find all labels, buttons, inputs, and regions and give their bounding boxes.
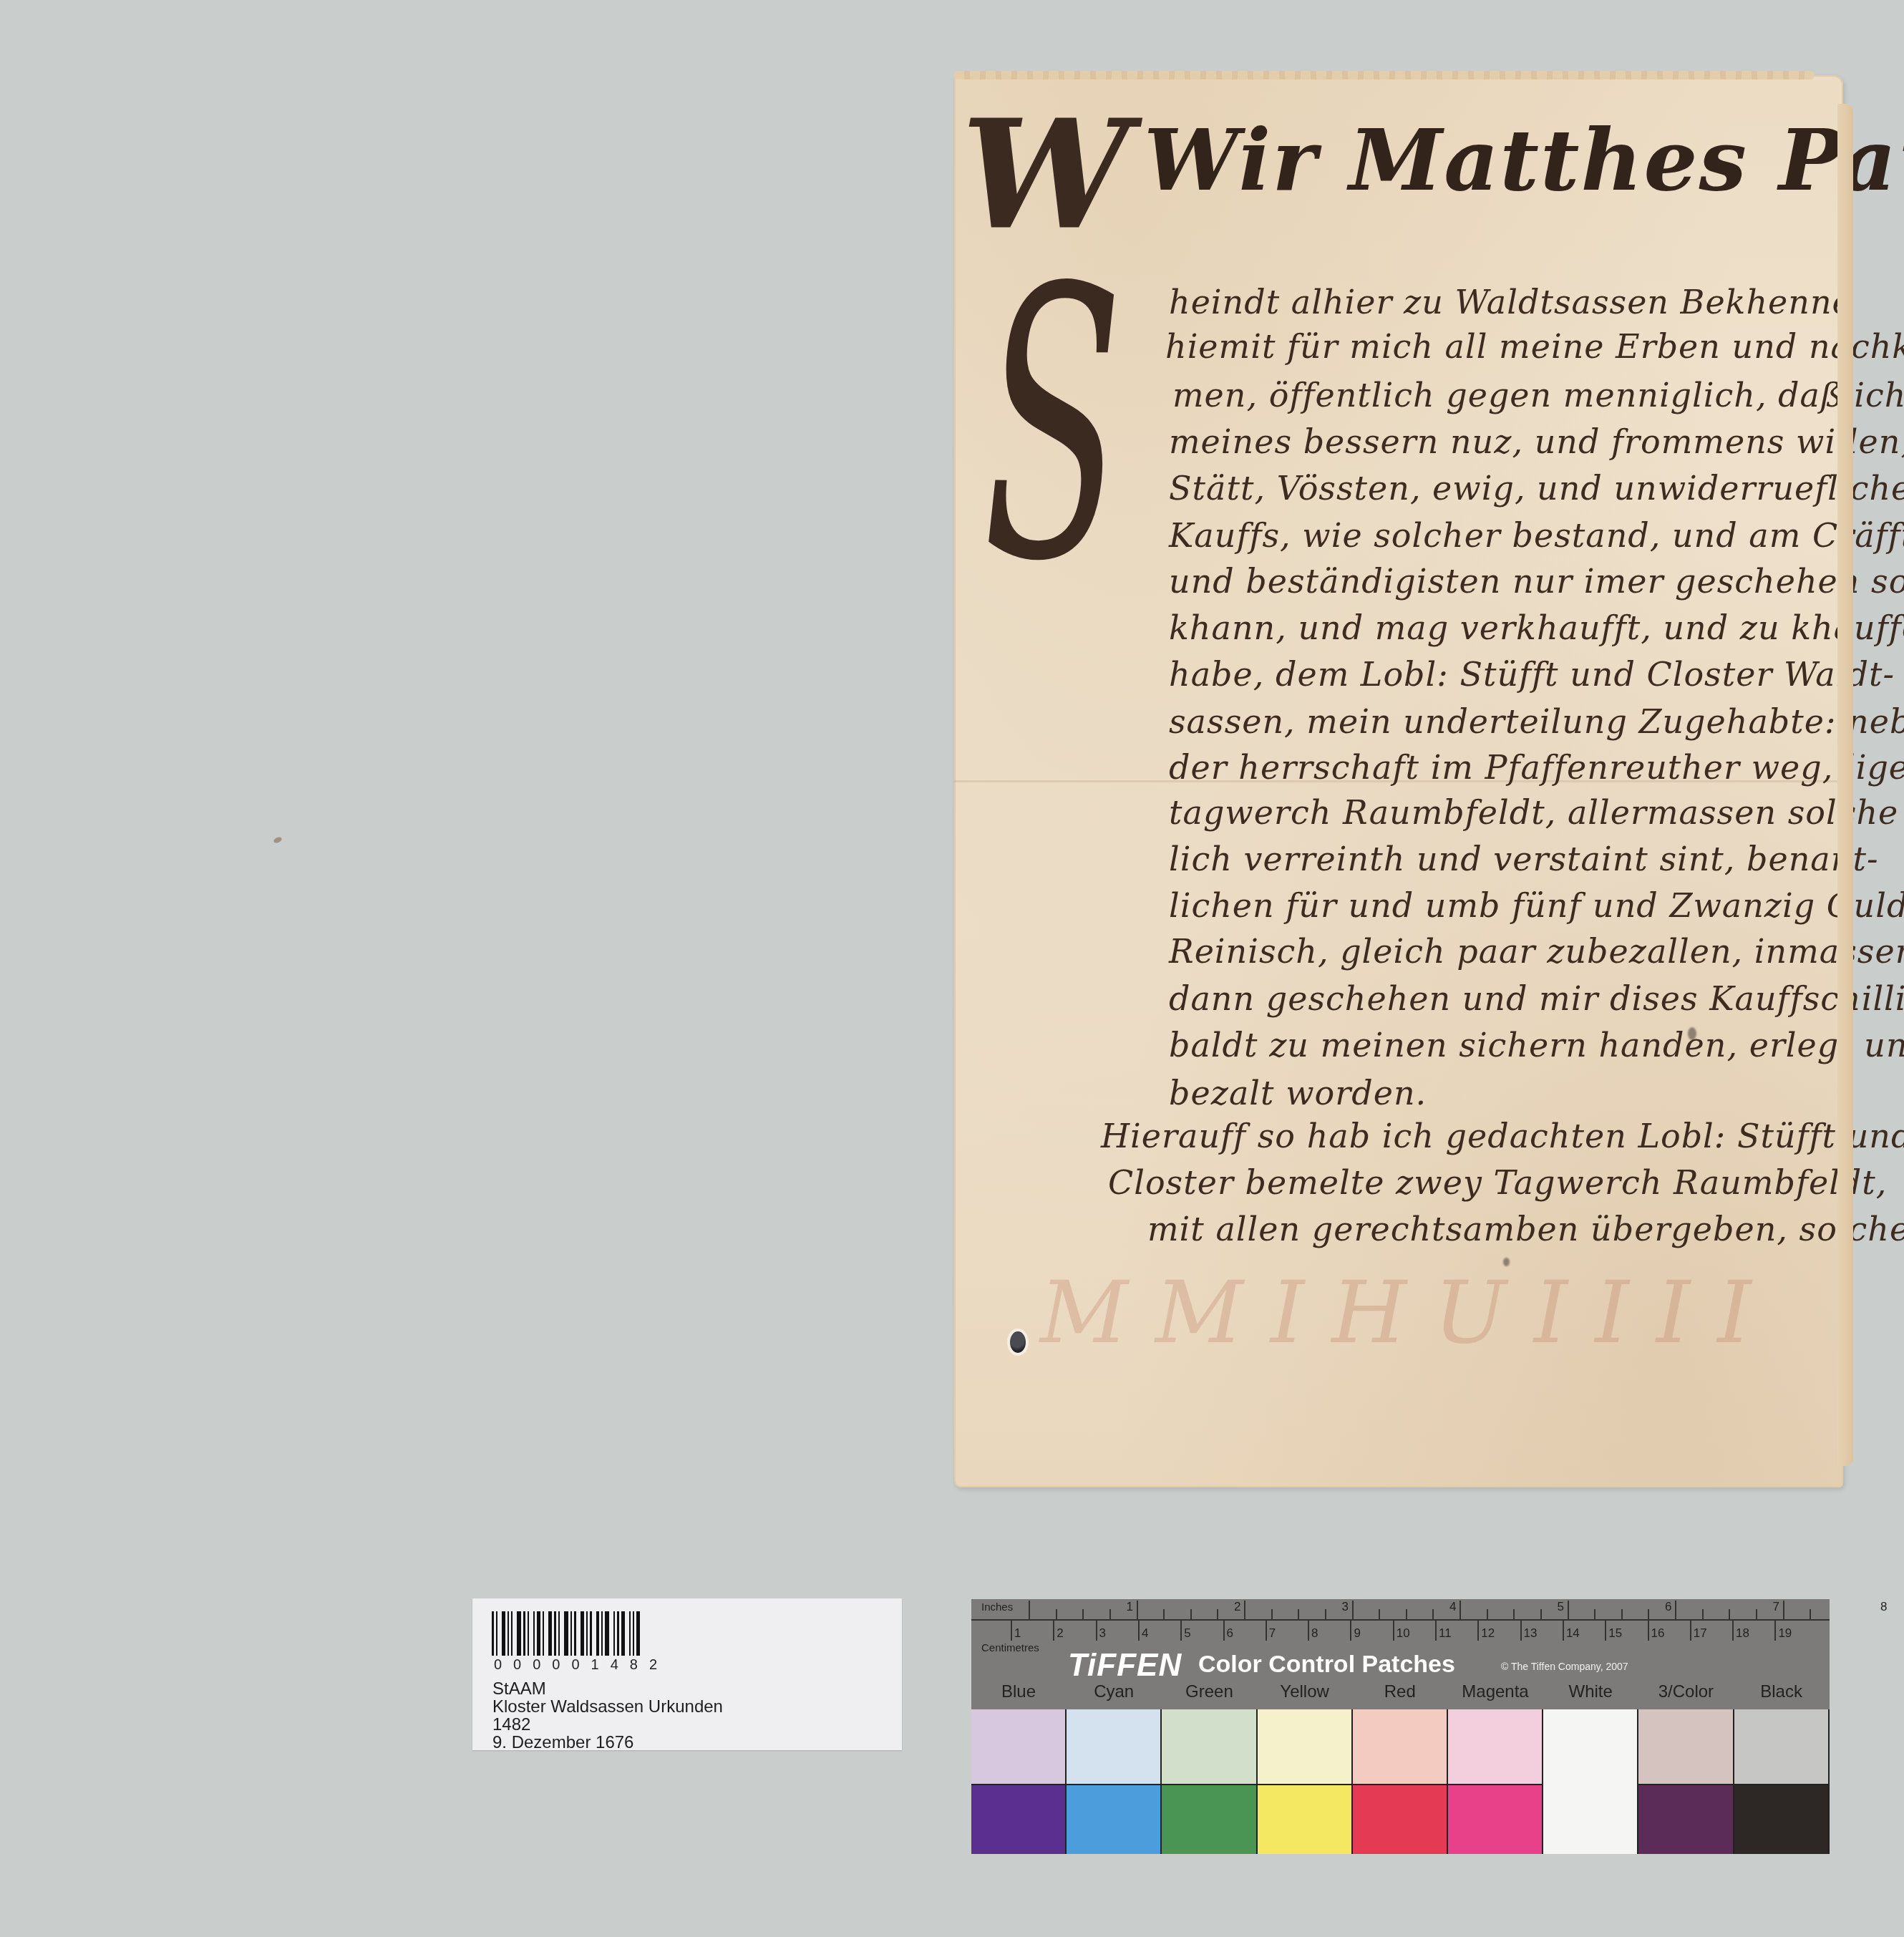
- cm-tick-label: 3: [1099, 1626, 1106, 1641]
- manuscript-line: tagwerch Raumbfeldt, allermassen solche …: [1169, 793, 1904, 832]
- inch-tick: [1217, 1609, 1218, 1619]
- cm-tick: [1350, 1621, 1351, 1641]
- centimetres-label: Centimetres: [981, 1642, 1039, 1654]
- manuscript-line: Reinisch, gleich paar zubezallen, inmass…: [1169, 932, 1904, 971]
- cm-tick: [1308, 1621, 1309, 1641]
- cm-tick: [1223, 1621, 1225, 1641]
- inch-tick: [1029, 1601, 1030, 1619]
- cm-tick-label: 18: [1736, 1626, 1749, 1641]
- patch-label-yellow: Yellow: [1258, 1682, 1352, 1702]
- inch-tick: [1244, 1601, 1245, 1619]
- manuscript-line: sassen, mein underteilung Zugehabte: neb…: [1169, 702, 1904, 741]
- color-card-header: Inches Centimetres 123456781234567891011…: [971, 1599, 1830, 1709]
- inch-tick: [1406, 1609, 1407, 1619]
- cm-tick: [1520, 1621, 1522, 1641]
- cm-tick: [1180, 1621, 1182, 1641]
- patch-dark-cyan: [1067, 1784, 1162, 1854]
- patch-light-red: [1353, 1709, 1448, 1784]
- cm-tick: [1266, 1621, 1267, 1641]
- manuscript-page: M M I H U I I I I W S Wir Matthes Paurn …: [954, 75, 1843, 1487]
- patch-light-yellow: [1258, 1709, 1353, 1784]
- manuscript-line: habe, dem Lobl: Stüfft und Closter Waldt…: [1169, 655, 1895, 694]
- inch-tick-label: 2: [1234, 1600, 1240, 1614]
- inch-tick: [1137, 1601, 1138, 1619]
- archive-label: 000001482 StAAM Kloster Waldsassen Urkun…: [472, 1598, 902, 1750]
- inch-tick: [1513, 1609, 1515, 1619]
- document-date: 9. Dezember 1676: [492, 1733, 633, 1753]
- inch-tick: [1810, 1609, 1811, 1619]
- decorated-flourish-s: S: [983, 240, 1123, 612]
- cm-tick: [1690, 1621, 1691, 1641]
- patch-light-magenta: [1448, 1709, 1543, 1784]
- punch-hole-bottom: [1010, 1331, 1026, 1353]
- card-copyright: © The Tiffen Company, 2007: [1501, 1661, 1628, 1672]
- inch-tick: [1325, 1609, 1326, 1619]
- cm-tick-label: 10: [1397, 1626, 1410, 1641]
- inch-tick: [1459, 1601, 1461, 1619]
- cm-tick: [1096, 1621, 1097, 1641]
- ink-spot: [1503, 1258, 1510, 1266]
- inch-tick: [1163, 1609, 1165, 1619]
- patch-light-black: [1734, 1709, 1830, 1784]
- cm-tick-label: 14: [1566, 1626, 1580, 1641]
- inch-tick: [1082, 1609, 1084, 1619]
- patch-light-3-color: [1638, 1709, 1734, 1784]
- inch-tick: [1540, 1609, 1542, 1619]
- patch-label-red: Red: [1353, 1682, 1447, 1702]
- tiffen-logo: TiFFEN: [1068, 1648, 1182, 1684]
- patch-dark-3-color: [1638, 1784, 1734, 1854]
- cm-tick: [1732, 1621, 1734, 1641]
- manuscript-line: bezalt worden.: [1169, 1074, 1427, 1112]
- collection-name: Kloster Waldsassen Urkunden: [492, 1697, 723, 1717]
- patch-label-black: Black: [1734, 1682, 1829, 1702]
- cm-tick-label: 11: [1439, 1626, 1452, 1641]
- patch-label-white: White: [1543, 1682, 1638, 1702]
- inch-tick: [1568, 1601, 1569, 1619]
- inch-tick: [1621, 1609, 1623, 1619]
- color-control-card: Inches Centimetres 123456781234567891011…: [971, 1599, 1830, 1854]
- inch-tick: [1675, 1601, 1676, 1619]
- inches-label: Inches: [981, 1601, 1013, 1613]
- inch-tick: [1756, 1609, 1757, 1619]
- cm-tick-label: 6: [1227, 1626, 1233, 1641]
- cm-tick-label: 9: [1354, 1626, 1360, 1641]
- inch-tick: [1271, 1609, 1273, 1619]
- cm-tick-label: 7: [1269, 1626, 1276, 1641]
- archive-name: StAAM: [492, 1679, 546, 1699]
- cm-tick: [1138, 1621, 1140, 1641]
- inch-tick-label: 3: [1342, 1600, 1349, 1614]
- inch-tick: [1109, 1609, 1111, 1619]
- cm-tick-label: 15: [1608, 1626, 1622, 1641]
- cm-tick-label: 19: [1778, 1626, 1792, 1641]
- patch-light-blue: [971, 1709, 1067, 1784]
- manuscript-line: baldt zu meinen sichern handen, erlegt u…: [1169, 1026, 1904, 1064]
- cm-tick-label: 12: [1481, 1626, 1495, 1641]
- card-title: Color Control Patches: [1198, 1651, 1455, 1679]
- inch-tick: [1298, 1609, 1299, 1619]
- manuscript-line: Closter bemelte zwey Tagwerch Raumbfeldt…: [1108, 1163, 1887, 1202]
- inch-tick-label: 4: [1449, 1600, 1456, 1614]
- document-number: 1482: [492, 1715, 530, 1735]
- inch-tick-label: 1: [1127, 1600, 1133, 1614]
- manuscript-line: lichen für und umb fünf und Zwanzig Guld…: [1169, 886, 1904, 925]
- patch-dark-yellow: [1258, 1784, 1353, 1854]
- manuscript-line: der herrschaft im Pfaffenreuther weg, li…: [1169, 748, 1904, 787]
- cm-tick-label: 1: [1014, 1626, 1021, 1641]
- cm-tick: [1053, 1621, 1054, 1641]
- patch-label-magenta: Magenta: [1448, 1682, 1543, 1702]
- cm-tick-label: 4: [1142, 1626, 1148, 1641]
- cm-tick: [1648, 1621, 1649, 1641]
- cm-tick-label: 17: [1694, 1626, 1707, 1641]
- cm-tick-label: 16: [1651, 1626, 1665, 1641]
- manuscript-line: khann, und mag verkhaufft, und zu khauff…: [1169, 608, 1904, 647]
- document-heading: Wir Matthes Paurn: [1144, 118, 1904, 203]
- cm-tick-label: 2: [1057, 1626, 1063, 1641]
- inch-tick: [1056, 1609, 1057, 1619]
- patch-label-cyan: Cyan: [1067, 1682, 1161, 1702]
- inch-tick: [1487, 1609, 1488, 1619]
- manuscript-line: men, öffentlich gegen menniglich, daß ic…: [1172, 376, 1904, 414]
- patch-light-white: [1543, 1709, 1638, 1854]
- cm-tick-label: 5: [1184, 1626, 1190, 1641]
- bleed-through-signature: M M I H U I I I I: [1040, 1263, 1752, 1363]
- cm-tick: [1477, 1621, 1479, 1641]
- inch-tick: [1379, 1609, 1380, 1619]
- patch-dark-black: [1734, 1784, 1830, 1854]
- inch-tick: [1729, 1609, 1730, 1619]
- manuscript-line: dann geschehen und mir dises Kauffschill…: [1169, 979, 1904, 1018]
- cm-tick-label: 8: [1311, 1626, 1318, 1641]
- inch-tick-label: 5: [1558, 1600, 1564, 1614]
- patch-label-3-color: 3/Color: [1638, 1682, 1733, 1702]
- patch-label-blue: Blue: [971, 1682, 1066, 1702]
- barcode-number: 000001482: [494, 1657, 669, 1674]
- manuscript-line: lich verreinth und verstaint sint, benan…: [1169, 840, 1878, 878]
- manuscript-line: Hierauff so hab ich gedachten Lobl: Stüf…: [1101, 1117, 1904, 1155]
- patch-dark-red: [1353, 1784, 1448, 1854]
- inch-tick-label: 7: [1773, 1600, 1779, 1614]
- patch-dark-magenta: [1448, 1784, 1543, 1854]
- cm-tick: [1605, 1621, 1606, 1641]
- cm-tick: [1393, 1621, 1394, 1641]
- background-speck: [273, 836, 283, 844]
- manuscript-line: Kauffs, wie solcher bestand, und am Cräf…: [1169, 516, 1904, 555]
- manuscript-line: heindt alhier zu Waldtsassen Bekhenne: [1169, 283, 1852, 321]
- patch-light-green: [1162, 1709, 1257, 1784]
- cm-tick: [1011, 1621, 1012, 1641]
- patch-dark-green: [1162, 1784, 1257, 1854]
- cm-tick: [1435, 1621, 1437, 1641]
- barcode: [492, 1611, 644, 1656]
- patch-label-green: Green: [1162, 1682, 1256, 1702]
- inch-ruler: [971, 1599, 1830, 1621]
- manuscript-line: und beständigisten nur imer geschehen so…: [1169, 562, 1904, 601]
- inch-tick: [1702, 1609, 1704, 1619]
- cm-tick: [1563, 1621, 1564, 1641]
- inch-tick-label: 6: [1665, 1600, 1671, 1614]
- manuscript-line: meines bessern nuz, und frommens willen,…: [1169, 422, 1904, 461]
- manuscript-line: mit allen gerechtsamben übergeben, solch…: [1147, 1210, 1904, 1248]
- inch-tick: [1190, 1609, 1192, 1619]
- inch-tick: [1352, 1601, 1354, 1619]
- cm-tick: [1774, 1621, 1776, 1641]
- patch-dark-blue: [971, 1784, 1067, 1854]
- inch-tick: [1432, 1609, 1434, 1619]
- inch-tick: [1783, 1601, 1784, 1619]
- inch-tick: [1648, 1609, 1649, 1619]
- manuscript-line: hiemit für mich all meine Erben und nach…: [1165, 327, 1904, 366]
- cm-tick-label: 13: [1524, 1626, 1538, 1641]
- inch-tick: [1594, 1609, 1595, 1619]
- manuscript-line: Stätt, Vössten, ewig, und unwiderrueflic…: [1169, 469, 1904, 508]
- patch-light-cyan: [1067, 1709, 1162, 1784]
- inch-tick-label: 8: [1880, 1600, 1887, 1614]
